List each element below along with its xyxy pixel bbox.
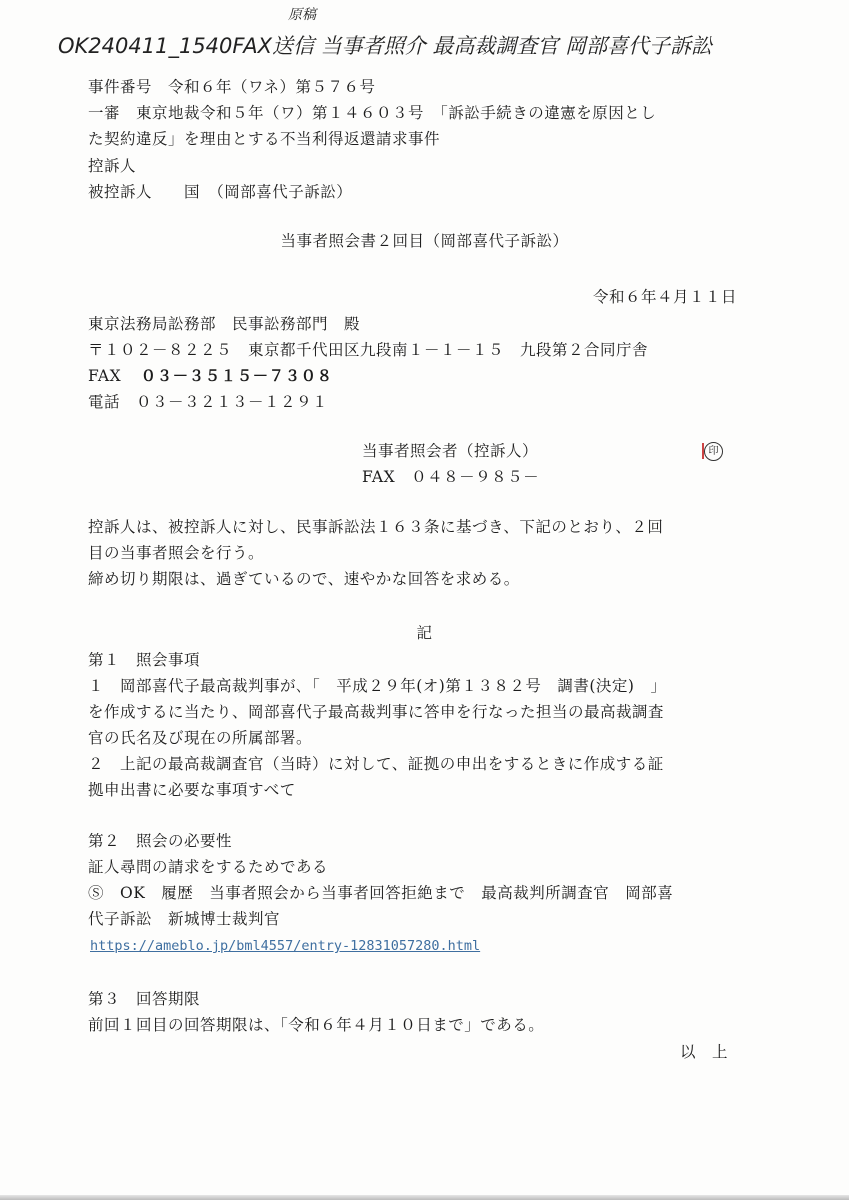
section3-heading: 第３ 回答期限 xyxy=(88,989,200,1009)
body-para1-line2: 目の当事者照会を行う。 xyxy=(88,543,264,563)
section1-item1-line3: 官の氏名及び現在の所属部署。 xyxy=(88,728,312,748)
fax-label: FAX xyxy=(88,367,121,385)
section3-line1: 前回１回目の回答期限は、「令和６年４月１０日まで」である。 xyxy=(88,1015,544,1035)
sender-label: 当事者照会者（控訴人） xyxy=(362,441,538,461)
section2-heading: 第２ 照会の必要性 xyxy=(88,831,232,851)
recipient-tel: 電話 ０３－３２１３－１２９１ xyxy=(88,392,328,412)
blog-link[interactable]: https://ameblo.jp/bml4557/entry-12831057… xyxy=(90,936,480,956)
appellant-label: 控訴人 xyxy=(88,156,136,176)
recipient-name: 東京法務局訟務部 民事訟務部門 殿 xyxy=(88,314,360,334)
section2-line1: 証人尋問の請求をするためである xyxy=(88,857,328,877)
first-instance-line1: 一審 東京地裁令和５年（ワ）第１４６０３号 「訴訟手続きの違憲を原因とし xyxy=(88,103,656,123)
body-para2: 締め切り期限は、過ぎているので、速やかな回答を求める。 xyxy=(88,569,520,589)
closing-mark: 以 上 xyxy=(680,1042,728,1062)
body-para1-line1: 控訴人は、被控訴人に対し、民事訴訟法１６３条に基づき、下記のとおり、２回 xyxy=(88,517,663,537)
recipient-fax: FAX ０３－３５１５－７３０８ xyxy=(88,366,333,386)
handwritten-annotation: OK240411_1540FAX送信 当事者照介 最高裁調査官 岡部喜代子訴訟 xyxy=(58,30,712,60)
section2-line3: 代子訴訟 新城博士裁判官 xyxy=(88,909,280,929)
page-edge xyxy=(0,1195,849,1200)
ki-mark: 記 xyxy=(0,623,849,643)
section2-line2: Ⓢ OK 履歴 当事者照会から当事者回答拒絶まで 最高裁判所調査官 岡部喜 xyxy=(88,883,673,903)
fax-number: ０３－３５１５－７３０８ xyxy=(141,366,333,385)
section1-item1-line1: １ 岡部喜代子最高裁判事が､「 平成２９年(オ)第１３８２号 調書(決定) 」 xyxy=(88,676,666,696)
seal-icon: 印 xyxy=(704,442,723,461)
handwritten-insert: 原稿 xyxy=(288,4,316,24)
recipient-address: 〒１０２－８２２５ 東京都千代田区九段南１－１－１５ 九段第２合同庁舎 xyxy=(88,340,648,360)
first-instance-line2: た契約違反」を理由とする不当利得返還請求事件 xyxy=(88,129,440,149)
appellee-label: 被控訴人 国 （岡部喜代子訴訟） xyxy=(88,182,352,202)
case-number: 事件番号 令和６年（ワネ）第５７６号 xyxy=(88,77,376,97)
document-date: 令和６年４月１１日 xyxy=(593,287,737,307)
document-title: 当事者照会書２回目（岡部喜代子訴訟） xyxy=(0,231,849,251)
section1-item2-line2: 拠申出書に必要な事項すべて xyxy=(88,780,296,800)
section1-item1-line2: を作成するに当たり、岡部喜代子最高裁判事に答申を行なった担当の最高裁調査 xyxy=(88,702,664,722)
sender-fax: FAX ０４８－９８５－ xyxy=(362,467,539,487)
section1-item2-line1: ２ 上記の最高裁調査官（当時）に対して、証拠の申出をするときに作成する証 xyxy=(88,754,664,774)
section1-heading: 第１ 照会事項 xyxy=(88,650,200,670)
